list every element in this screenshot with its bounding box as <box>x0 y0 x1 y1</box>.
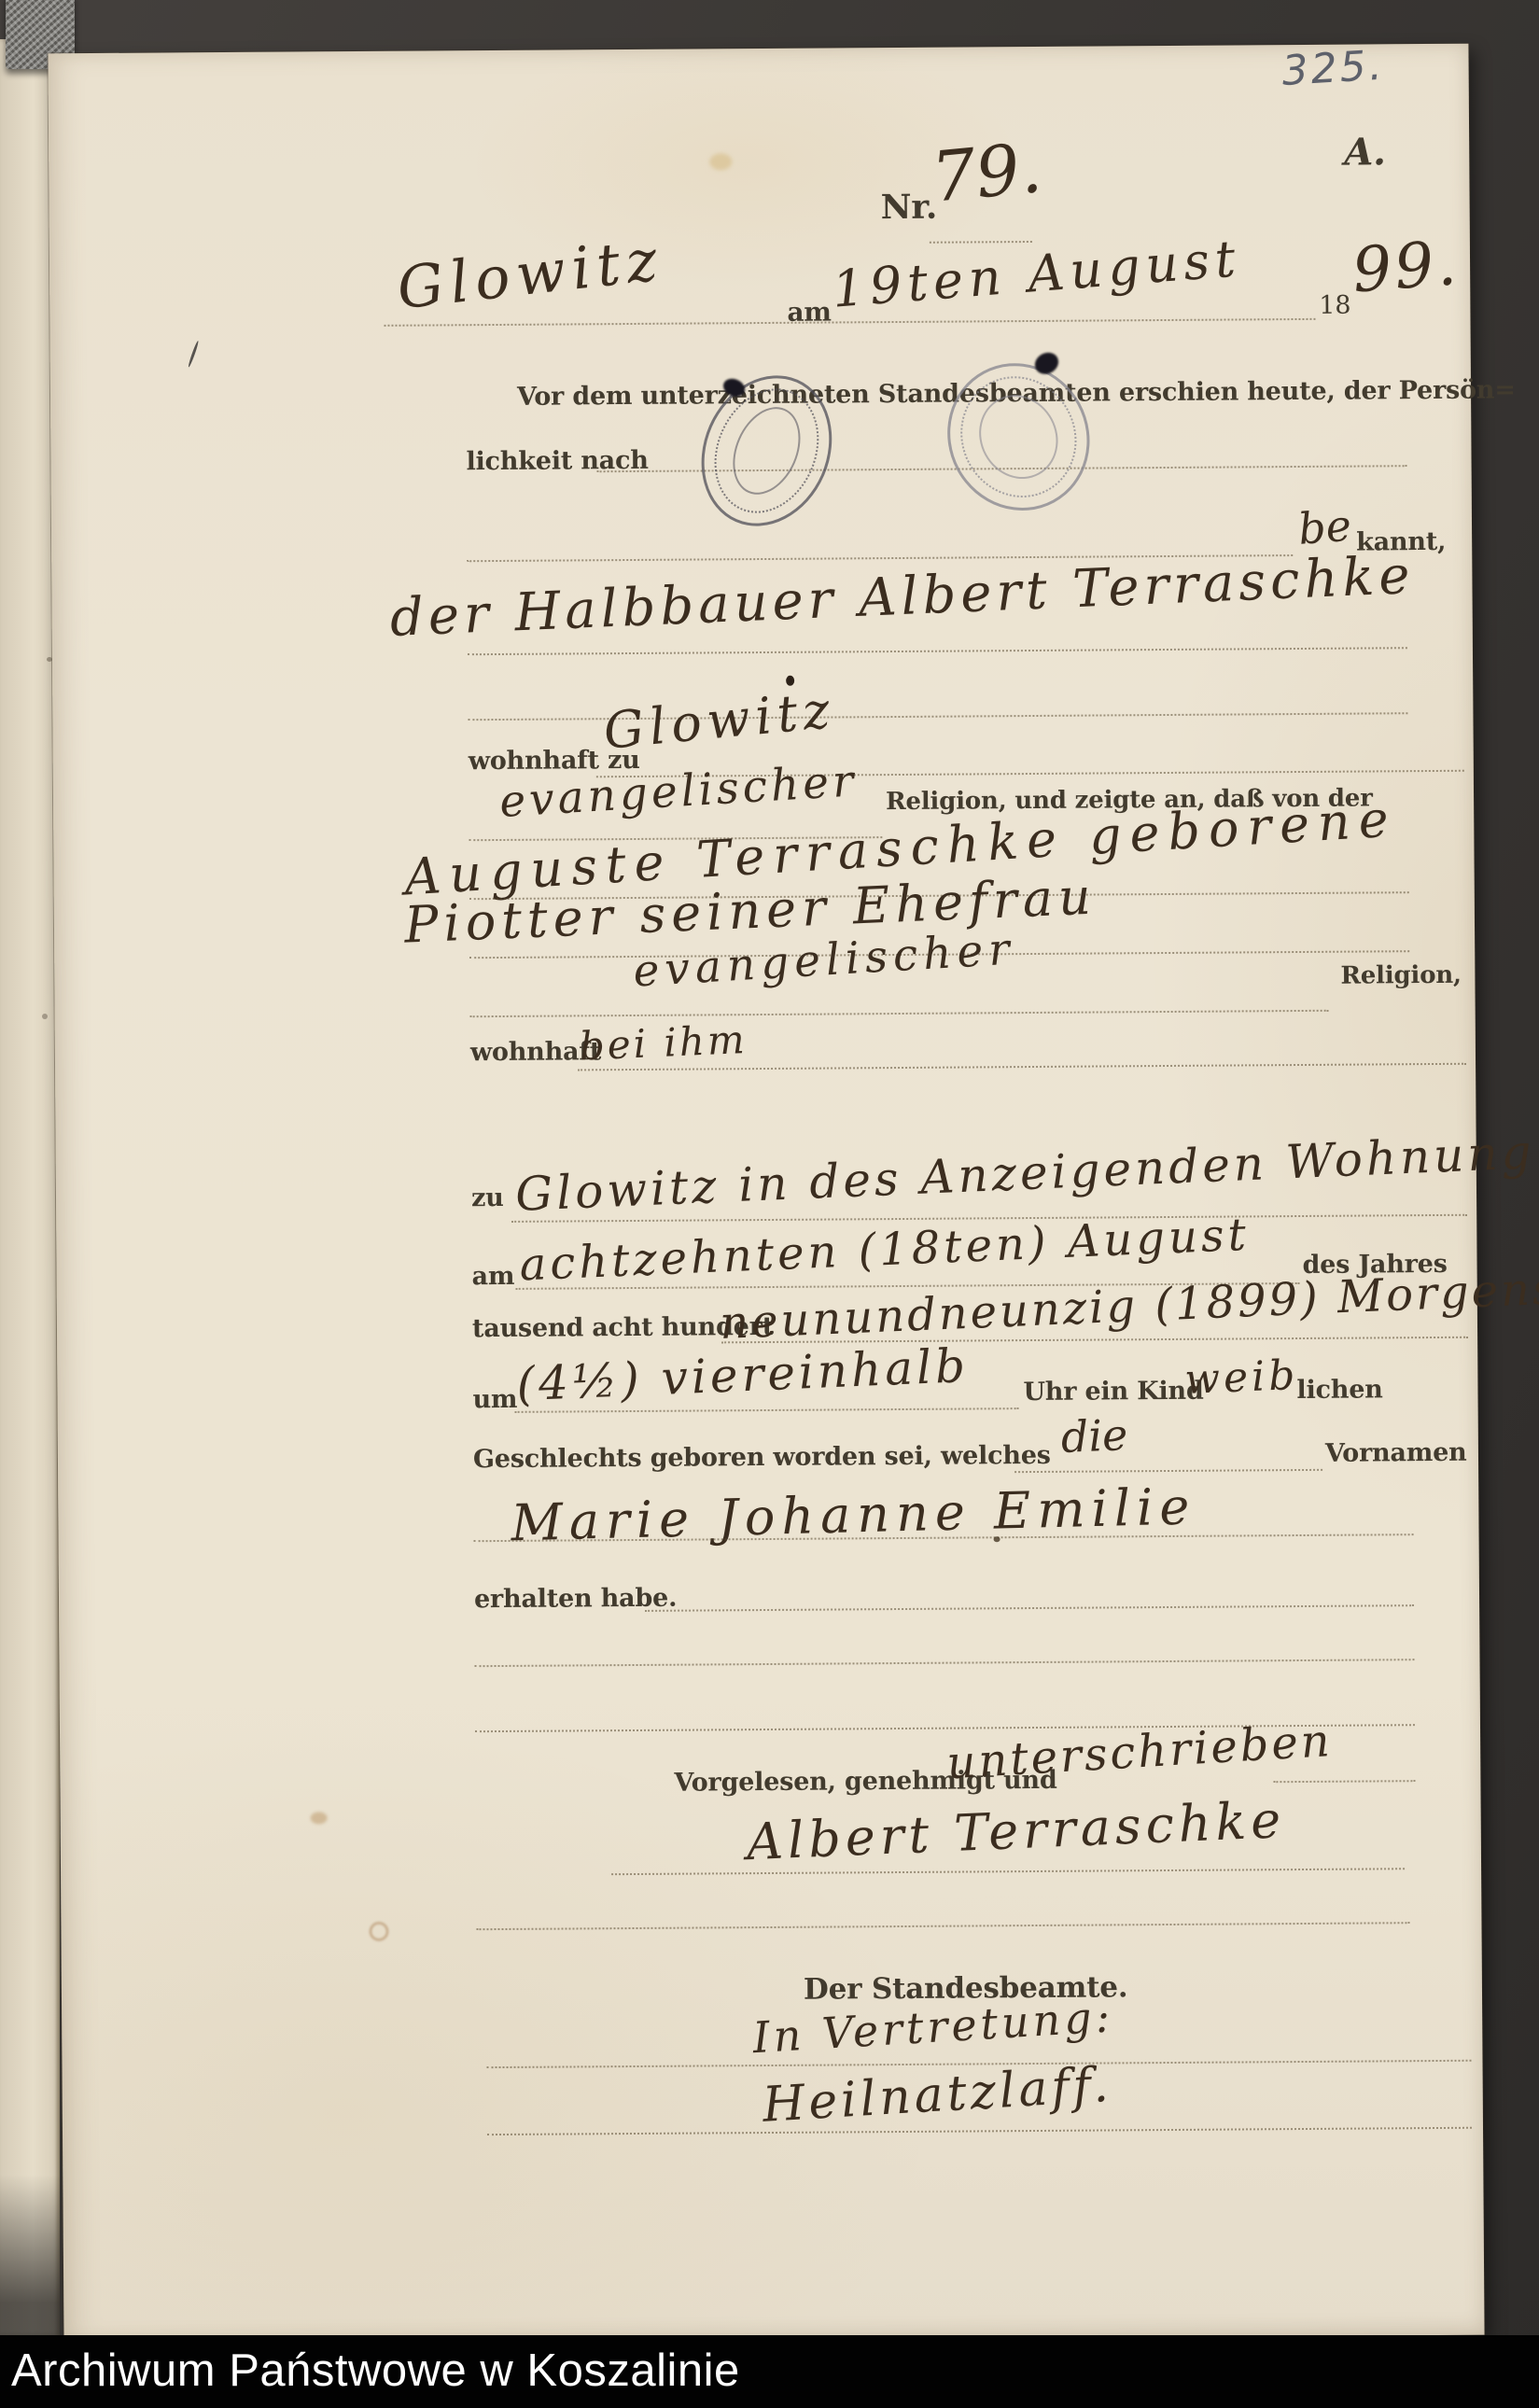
child-names-written: Marie Johanne Emilie <box>511 1477 1196 1552</box>
foxing-ring <box>369 1922 388 1941</box>
clock-child-label: Uhr ein Kind <box>1023 1377 1203 1407</box>
ruled-dotted-line <box>468 647 1407 655</box>
stray-pen-mark <box>188 341 200 368</box>
time-preposition-label: um <box>472 1385 517 1414</box>
ink-speck <box>994 1536 1000 1542</box>
ruled-dotted-line <box>611 1868 1405 1875</box>
birthdate-preposition-label: am <box>471 1262 514 1291</box>
archive-caption-bar: Archiwum Państwowe w Koszalinie <box>0 2335 1539 2408</box>
article-written: die <box>1060 1409 1129 1463</box>
mother-residence-written: bei ihm <box>579 1016 749 1069</box>
archive-oval-stamp-right <box>921 338 1115 536</box>
birth-sentence-label: Geschlechts geboren worden sei, welches <box>473 1441 1051 1474</box>
form-section-letter: A. <box>1344 130 1386 174</box>
residence-value-written: Glowitz <box>601 680 837 761</box>
birthplace-preposition-label: zu <box>471 1183 504 1212</box>
ruled-dotted-line <box>487 2127 1472 2135</box>
sex-suffix-label: lichen <box>1296 1375 1382 1405</box>
year-value-written: 99. <box>1350 227 1462 307</box>
foxing-spot <box>311 1812 328 1824</box>
birthplace-written: Glowitz in des Anzeigenden Wohnung <box>514 1125 1536 1222</box>
scanned-register-view: 325. A. Nr. 79. Glowitz am 19ten August … <box>0 0 1539 2408</box>
ruled-dotted-line <box>1273 1780 1415 1783</box>
ruled-dotted-line <box>470 1010 1329 1017</box>
ruled-dotted-line <box>476 1922 1409 1930</box>
ruled-dotted-line <box>475 1659 1415 1667</box>
year-century-label: 18 <box>1319 291 1350 320</box>
known-prefix-written: be <box>1296 500 1353 554</box>
declarant-signature: Albert Terraschke <box>746 1790 1287 1871</box>
document-page: 325. A. Nr. 79. Glowitz am 19ten August … <box>48 44 1484 2345</box>
ruled-dotted-line <box>645 1604 1414 1612</box>
mother-religion-label: Religion, <box>1340 961 1462 990</box>
place-name-written: Glowitz <box>394 225 667 322</box>
ruled-dotted-line <box>1014 1469 1322 1473</box>
record-number-label: Nr. <box>880 188 937 227</box>
archive-name-label: Archiwum Państwowe w Koszalinie <box>11 2345 740 2397</box>
ruled-dotted-line <box>384 318 1315 327</box>
date-day-month-written: 19ten August <box>830 229 1242 318</box>
signed-word-written: unterschrieben <box>945 1715 1334 1789</box>
pencil-page-number: 325. <box>1280 42 1386 95</box>
page-edge-shadow <box>0 2175 60 2335</box>
paper-speck <box>42 1014 48 1019</box>
time-written: (4½) viereinhalb <box>515 1338 970 1411</box>
foxing-spot <box>709 153 732 170</box>
sex-written: weib <box>1183 1351 1299 1404</box>
firstnames-label: Vornamen <box>1325 1438 1467 1468</box>
record-number-value: 79. <box>929 128 1045 218</box>
ruled-dotted-line <box>930 241 1032 244</box>
registrar-signature: Heilnatzlaff. <box>761 2057 1113 2134</box>
ruled-dotted-line <box>578 1063 1466 1071</box>
